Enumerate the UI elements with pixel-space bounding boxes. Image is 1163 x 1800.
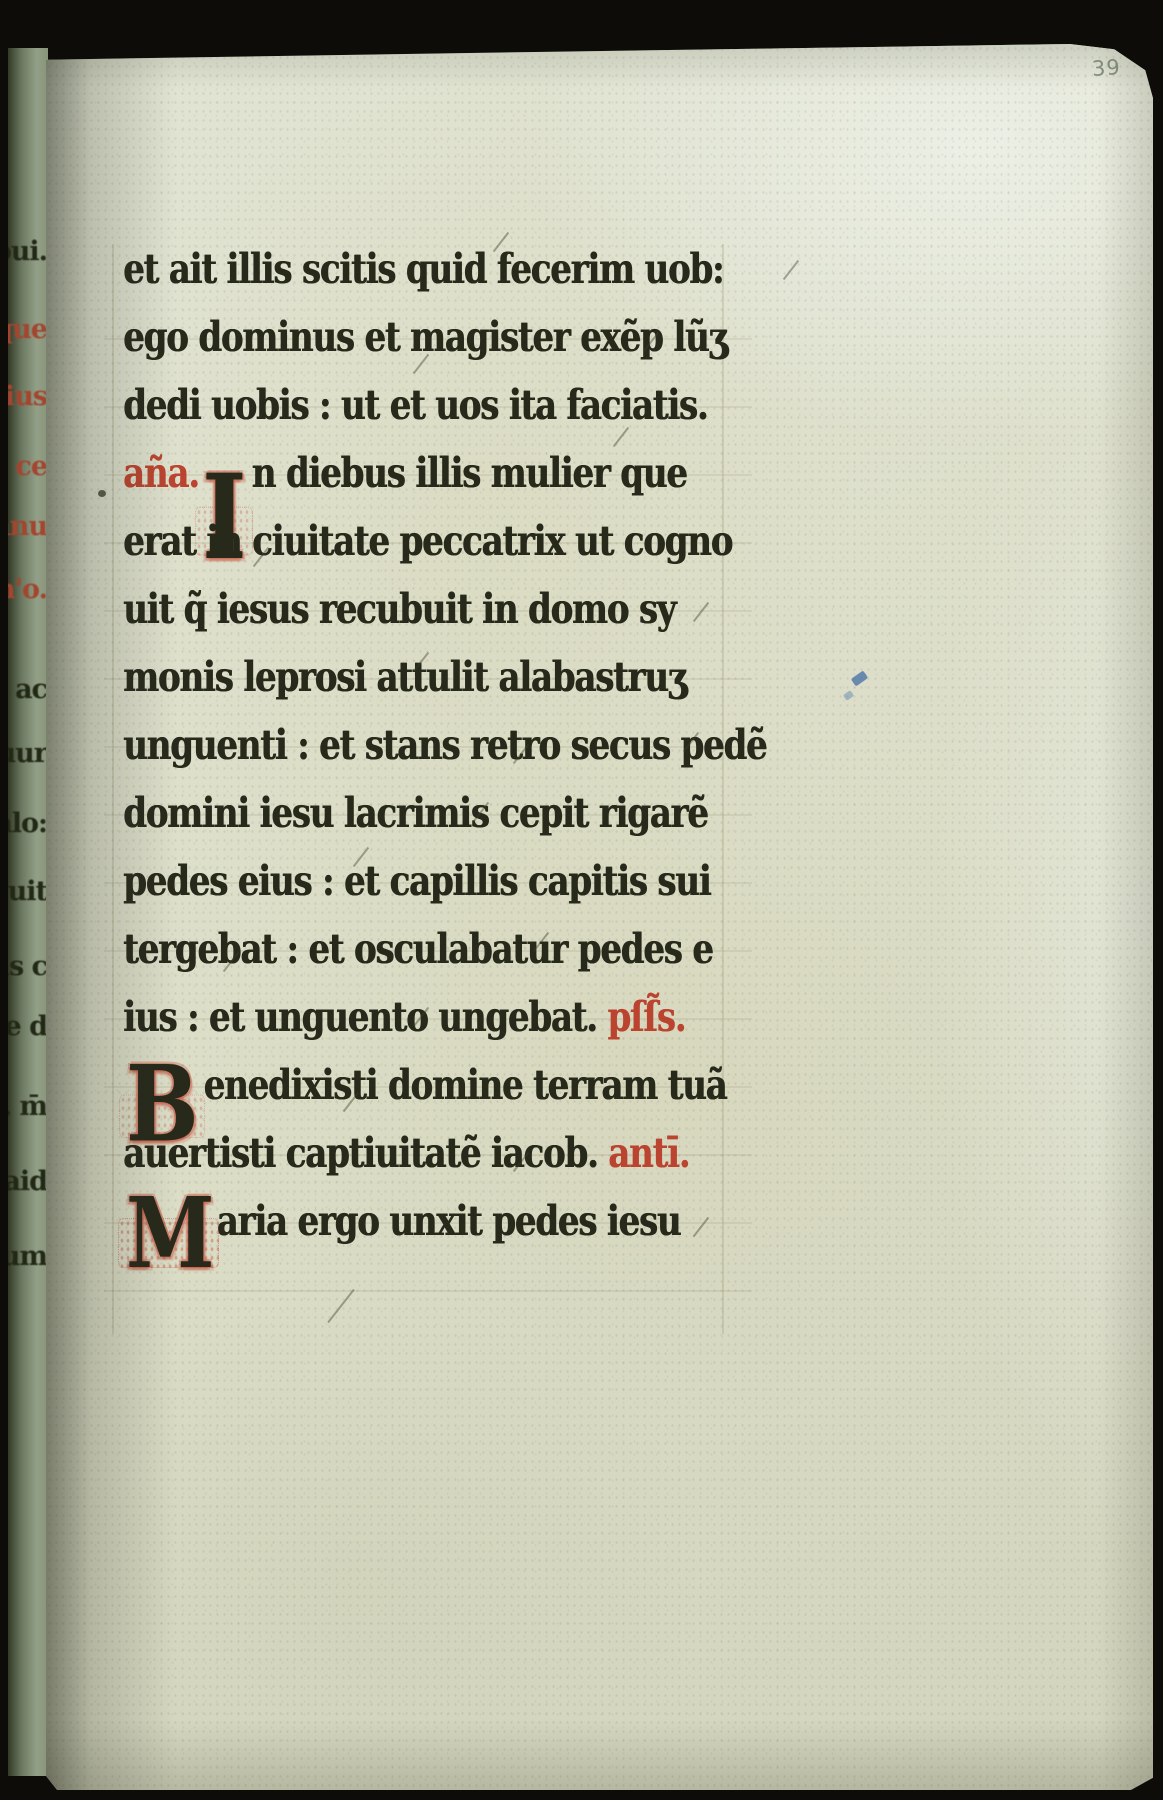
folio-number: 39 bbox=[1091, 55, 1121, 81]
text-line: erat in ciuitate peccatrix ut cogno bbox=[123, 521, 732, 562]
body-text: domini iesu lacrimis cepit rigarẽ bbox=[123, 789, 708, 838]
body-text: unguenti : et stans retro secus pedẽ bbox=[123, 721, 766, 770]
prev-page-fragment: raid bbox=[8, 1168, 47, 1195]
blue-ink-smudge bbox=[843, 690, 854, 701]
prev-page-fragment: ph'o. bbox=[8, 576, 47, 603]
text-line: monis leprosi attulit alabastruʒ bbox=[123, 657, 686, 698]
prev-page-edge: noui.ne queuesiusq̄ cedianuph'o.bis acpe… bbox=[8, 48, 48, 1776]
text-line: tergebat : et osculabatur pedes e bbox=[123, 929, 713, 970]
text-line: Benedixisti domine terram tuã bbox=[123, 1065, 726, 1127]
rubric-text: aña. bbox=[123, 449, 199, 498]
margin-dot bbox=[98, 490, 106, 497]
body-text: et ait illis scitis quid fecerim uob: bbox=[123, 245, 723, 294]
decorated-initial-b: B bbox=[126, 1105, 198, 1127]
body-text: pedes eius : et capillis capitis sui bbox=[123, 857, 710, 906]
prev-page-fragment: is. m̄ bbox=[8, 1093, 47, 1120]
body-text: tergebat : et osculabatur pedes e bbox=[123, 925, 713, 974]
prev-page-fragment: diquit bbox=[8, 878, 47, 905]
text-line: auertisti captiuitatẽ iacob. antī. bbox=[123, 1133, 689, 1174]
rubric-text: pſſ̃s. bbox=[607, 993, 685, 1042]
prev-page-fragment: bis ac bbox=[8, 676, 47, 703]
decorated-initial-m: M bbox=[126, 1233, 211, 1254]
text-line: Maria ergo unxit pedes iesu bbox=[123, 1201, 680, 1253]
prev-page-fragment: mus c bbox=[8, 953, 47, 980]
margin-rule-left bbox=[112, 244, 114, 1334]
body-text: auertisti captiuitatẽ iacob. bbox=[123, 1129, 608, 1178]
prev-page-fragment: ne que bbox=[8, 316, 47, 343]
text-line: dedi uobis : ut et uos ita faciatis. bbox=[123, 385, 707, 426]
prev-page-fragment: q̄ ce bbox=[8, 453, 47, 480]
prev-page-fragment: palo: bbox=[8, 810, 47, 837]
prev-page-fragment: noui. bbox=[8, 238, 47, 265]
body-text: uit q̃ iesus recubuit in domo sy bbox=[123, 585, 675, 634]
body-text: n diebus illis mulier que bbox=[252, 449, 687, 498]
manuscript-page: 39 et ait illis scitis quid fecerim uob:… bbox=[46, 44, 1153, 1790]
text-line: ego dominus et magister exẽp lũʒ bbox=[123, 317, 726, 358]
prev-page-fragment: petuur bbox=[8, 740, 47, 767]
body-text: enedixisti domine terram tuã bbox=[204, 1061, 727, 1110]
initial-glyph: M bbox=[126, 1175, 211, 1290]
prev-page-fragment: uesius bbox=[8, 383, 47, 410]
text-line: unguenti : et stans retro secus pedẽ bbox=[123, 725, 766, 766]
text-line: ius : et unguento ungebat. pſſ̃s. bbox=[123, 997, 685, 1038]
text-line: pedes eius : et capillis capitis sui bbox=[123, 861, 710, 902]
body-text: monis leprosi attulit alabastruʒ bbox=[123, 653, 686, 702]
body-text: erat in ciuitate peccatrix ut cogno bbox=[123, 517, 732, 566]
text-line: domini iesu lacrimis cepit rigarẽ bbox=[123, 793, 708, 834]
prev-page-fragment: ate d bbox=[8, 1013, 47, 1040]
rubric-text: antī. bbox=[608, 1129, 689, 1178]
text-line: uit q̃ iesus recubuit in domo sy bbox=[123, 589, 675, 630]
prev-page-fragment: dianu bbox=[8, 513, 47, 540]
body-text: ego dominus et magister exẽp lũʒ bbox=[123, 313, 726, 362]
manuscript-photo: noui.ne queuesiusq̄ cedianuph'o.bis acpe… bbox=[0, 0, 1163, 1800]
blue-ink-mark bbox=[851, 671, 868, 687]
prev-page-fragment: orum bbox=[8, 1243, 47, 1270]
body-text: dedi uobis : ut et uos ita faciatis. bbox=[123, 381, 707, 430]
body-text: aria ergo unxit pedes iesu bbox=[217, 1197, 681, 1246]
body-text: ius : et unguento ungebat. bbox=[123, 993, 607, 1042]
text-line: et ait illis scitis quid fecerim uob: bbox=[123, 249, 723, 290]
margin-rule-right bbox=[722, 244, 724, 1334]
